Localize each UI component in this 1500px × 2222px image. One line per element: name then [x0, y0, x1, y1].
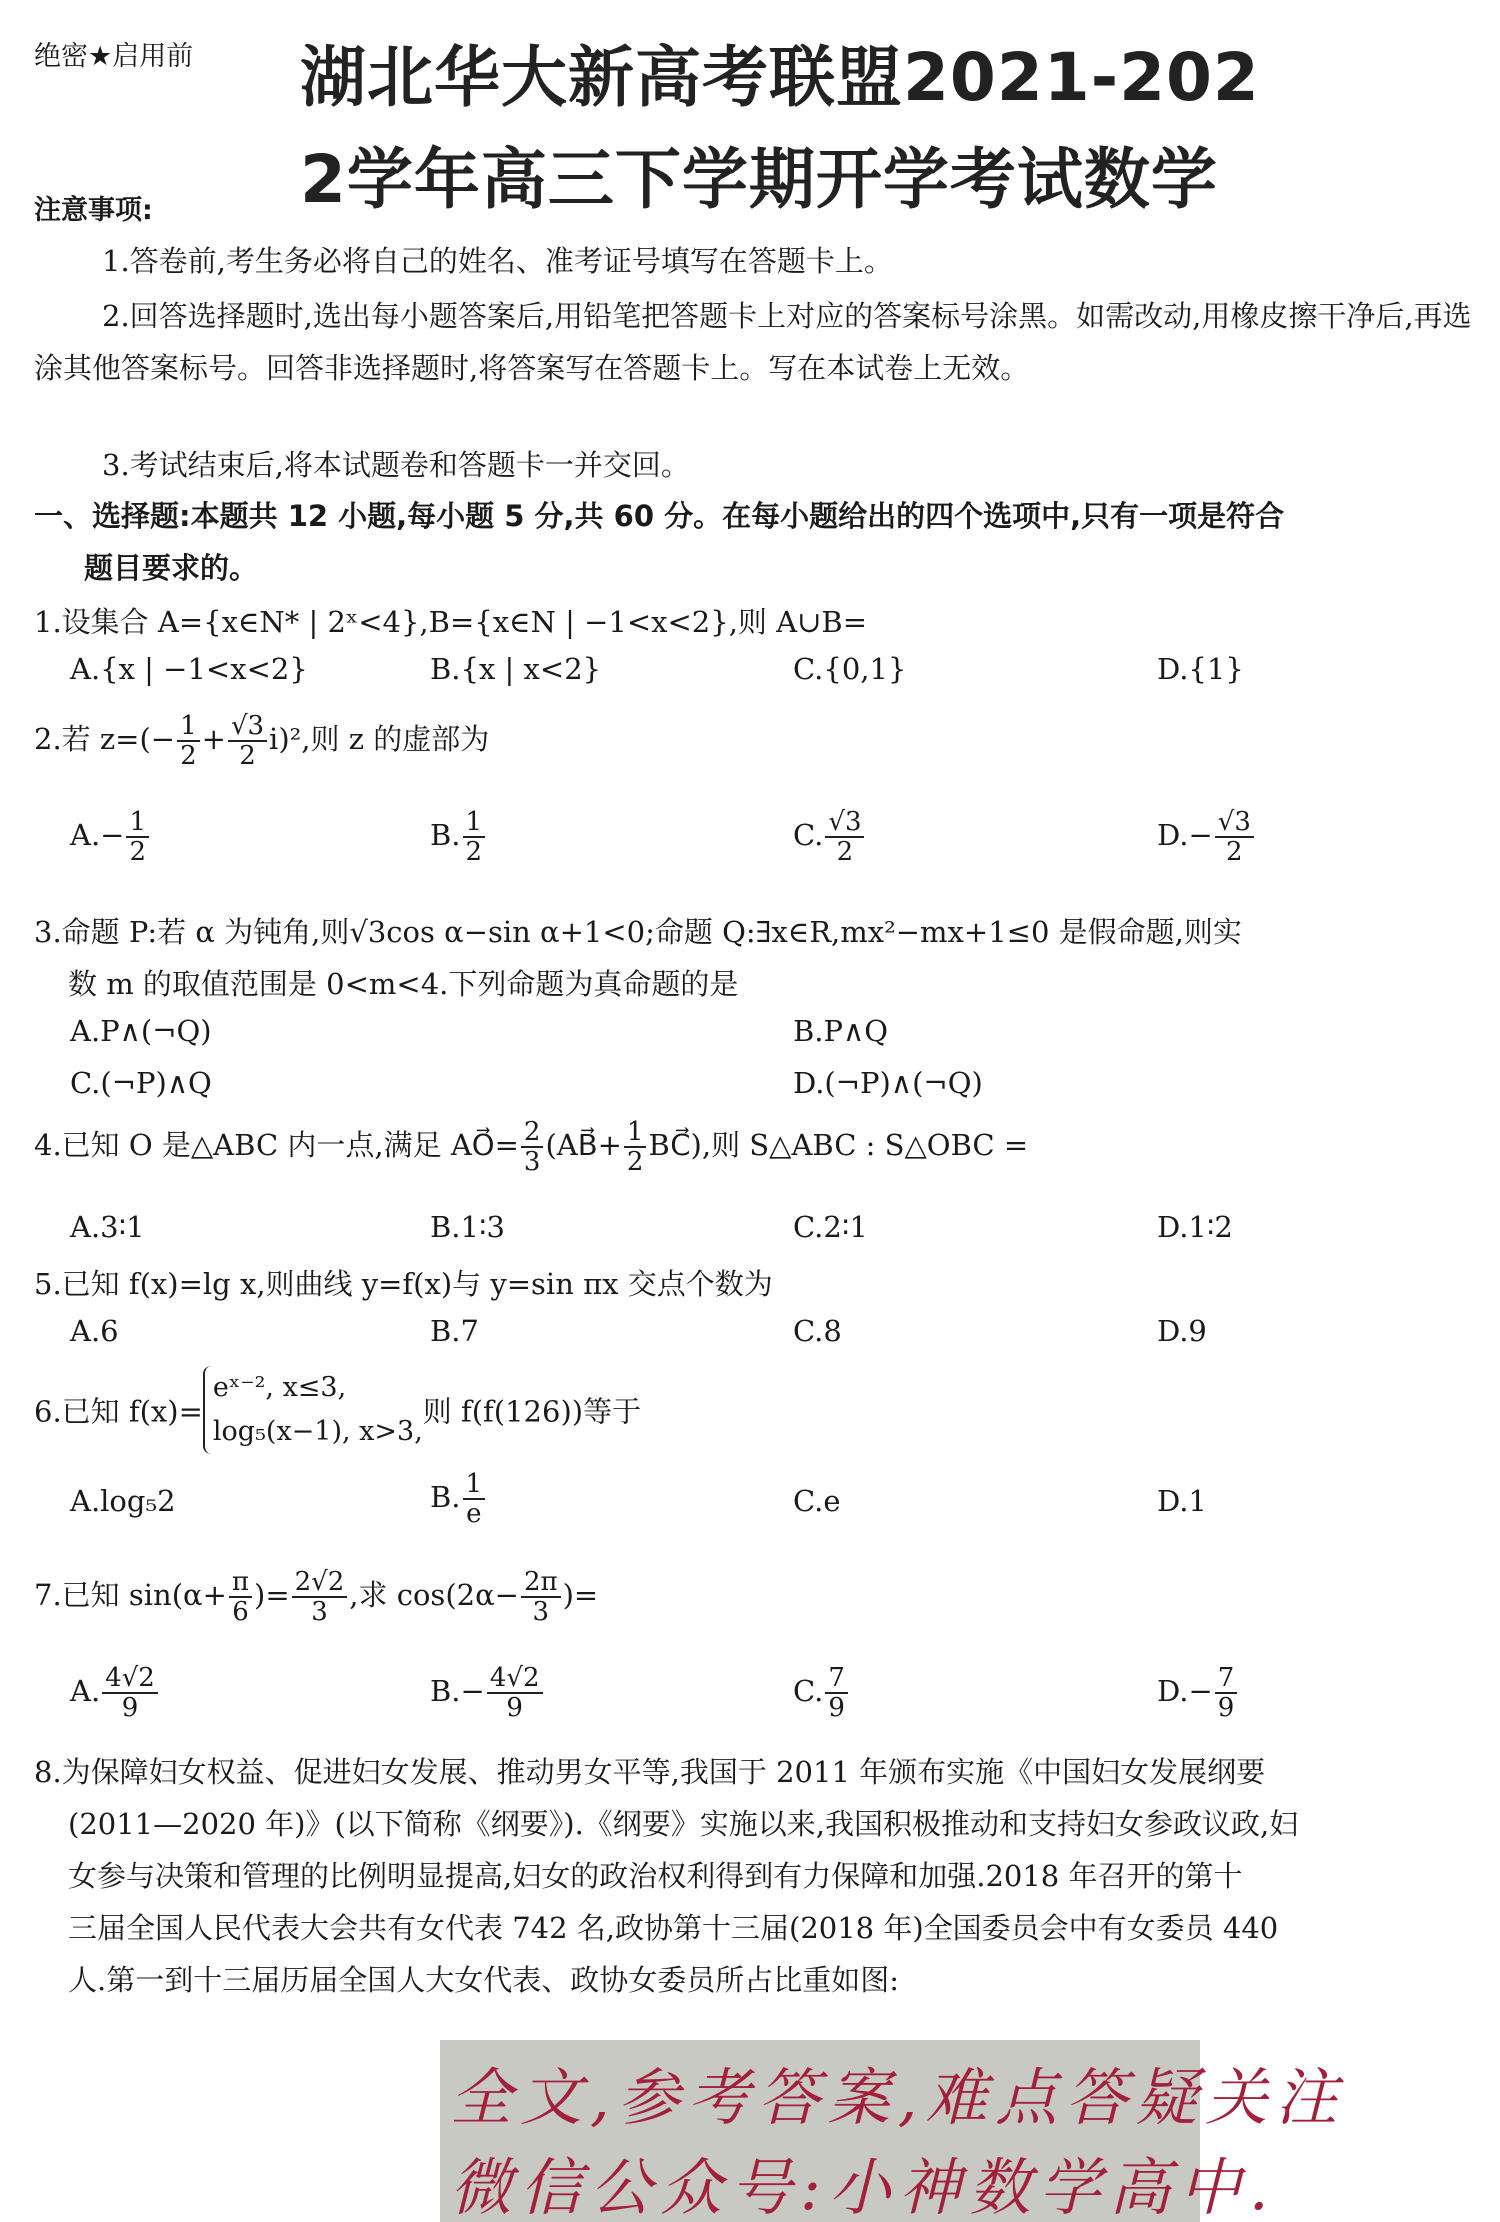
question-3-option-a: A.P∧(¬Q) — [70, 1014, 212, 1048]
exam-title-line1: 湖北华大新高考联盟2021-202 — [300, 24, 1260, 119]
section-heading-line2: 题目要求的。 — [34, 542, 1484, 594]
fraction: 23 — [521, 1118, 544, 1176]
question-2-stem: 2.若 z=(−12+√32i)²,则 z 的虚部为 — [34, 712, 489, 770]
question-1-stem: 1.设集合 A={x∈N* | 2ˣ<4},B={x∈N | −1<x<2},则… — [34, 600, 867, 641]
notice-item-3: 3.考试结束后,将本试题卷和答题卡一并交回。 — [34, 440, 1474, 490]
section-heading-line1: 一、选择题:本题共 12 小题,每小题 5 分,共 60 分。在每小题给出的四个… — [34, 490, 1484, 542]
question-5-option-d: D.9 — [1157, 1314, 1207, 1348]
question-2-option-c: C.√32 — [793, 808, 866, 866]
question-3-stem-line1: 3.命题 P:若 α 为钝角,则√3cos α−sin α+1<0;命题 Q:∃… — [34, 910, 1242, 951]
question-4-option-d: D.1∶2 — [1157, 1210, 1233, 1244]
question-8-line2: (2011—2020 年)》(以下简称《纲要》).《纲要》实施以来,我国积极推动… — [68, 1802, 1298, 1843]
section-heading: 一、选择题:本题共 12 小题,每小题 5 分,共 60 分。在每小题给出的四个… — [34, 490, 1484, 594]
notice-heading: 注意事项: — [34, 188, 153, 227]
question-4-option-c: C.2∶1 — [793, 1210, 868, 1244]
question-7-option-a: A.4√29 — [70, 1664, 160, 1722]
question-1-option-b: B.{x | x<2} — [430, 652, 601, 686]
question-5-option-a: A.6 — [70, 1314, 119, 1348]
question-1-option-a: A.{x | −1<x<2} — [70, 652, 308, 686]
secret-mark: 绝密★启用前 — [34, 34, 193, 73]
question-3-option-d: D.(¬P)∧(¬Q) — [793, 1066, 983, 1100]
question-4-option-b: B.1∶3 — [430, 1210, 505, 1244]
notice-item-1: 1.答卷前,考生务必将自己的姓名、准考证号填写在答题卡上。 — [34, 236, 1474, 286]
fraction: 12 — [624, 1118, 647, 1176]
question-3-option-c: C.(¬P)∧Q — [70, 1066, 212, 1100]
question-1-option-c: C.{0,1} — [793, 652, 906, 686]
question-6-option-a: A.log₅2 — [70, 1484, 176, 1518]
piecewise-cases: eˣ⁻², x≤3,log₅(x−1), x>3, — [203, 1366, 423, 1454]
question-2-option-a: A.−12 — [70, 808, 151, 866]
question-1-option-d: D.{1} — [1157, 652, 1244, 686]
question-5-stem: 5.已知 f(x)=lg x,则曲线 y=f(x)与 y=sin πx 交点个数… — [34, 1262, 773, 1303]
question-2-option-b: B.12 — [430, 808, 487, 866]
question-6-stem: 6.已知 f(x)=eˣ⁻², x≤3,log₅(x−1), x>3,则 f(f… — [34, 1366, 641, 1454]
question-2-option-d: D.−√32 — [1157, 808, 1256, 866]
question-8-line5: 人.第一到十三届历届全国人大女代表、政协女委员所占比重如图: — [68, 1958, 899, 1999]
question-7-option-c: C.79 — [793, 1664, 850, 1722]
question-8-line4: 三届全国人民代表大会共有女代表 742 名,政协第十三届(2018 年)全国委员… — [68, 1906, 1278, 1947]
handwritten-note-line1: 全文,参考答案,难点答疑关注 — [450, 2048, 1345, 2137]
question-5-option-b: B.7 — [430, 1314, 479, 1348]
question-6-option-b: B.1e — [430, 1470, 487, 1528]
question-3-option-b: B.P∧Q — [793, 1014, 888, 1048]
exam-title-line2: 2学年高三下学期开学考试数学 — [300, 126, 1218, 221]
fraction: 12 — [177, 712, 200, 770]
question-8-line1: 8.为保障妇女权益、促进妇女发展、推动男女平等,我国于 2011 年颁布实施《中… — [34, 1750, 1265, 1791]
question-3-stem-line2: 数 m 的取值范围是 0<m<4.下列命题为真命题的是 — [68, 962, 738, 1003]
handwritten-note-line2: 微信公众号:小神数学高中. — [450, 2138, 1277, 2222]
question-5-option-c: C.8 — [793, 1314, 842, 1348]
question-7-option-b: B.−4√29 — [430, 1664, 545, 1722]
question-6-option-c: C.e — [793, 1484, 841, 1518]
question-8-line3: 女参与决策和管理的比例明显提高,妇女的政治权利得到有力保障和加强.2018 年召… — [68, 1854, 1242, 1895]
notice-item-2: 2.回答选择题时,选出每小题答案后,用铅笔把答题卡上对应的答案标号涂黑。如需改动… — [34, 290, 1474, 394]
question-4-stem: 4.已知 O 是△ABC 内一点,满足 AO⃗=23(AB⃗+12BC⃗),则 … — [34, 1118, 1028, 1176]
question-6-option-d: D.1 — [1157, 1484, 1207, 1518]
question-7-option-d: D.−79 — [1157, 1664, 1239, 1722]
fraction: √32 — [228, 712, 267, 770]
question-4-option-a: A.3∶1 — [70, 1210, 145, 1244]
question-7-stem: 7.已知 sin(α+π6)=2√23,求 cos(2α−2π3)= — [34, 1568, 598, 1626]
